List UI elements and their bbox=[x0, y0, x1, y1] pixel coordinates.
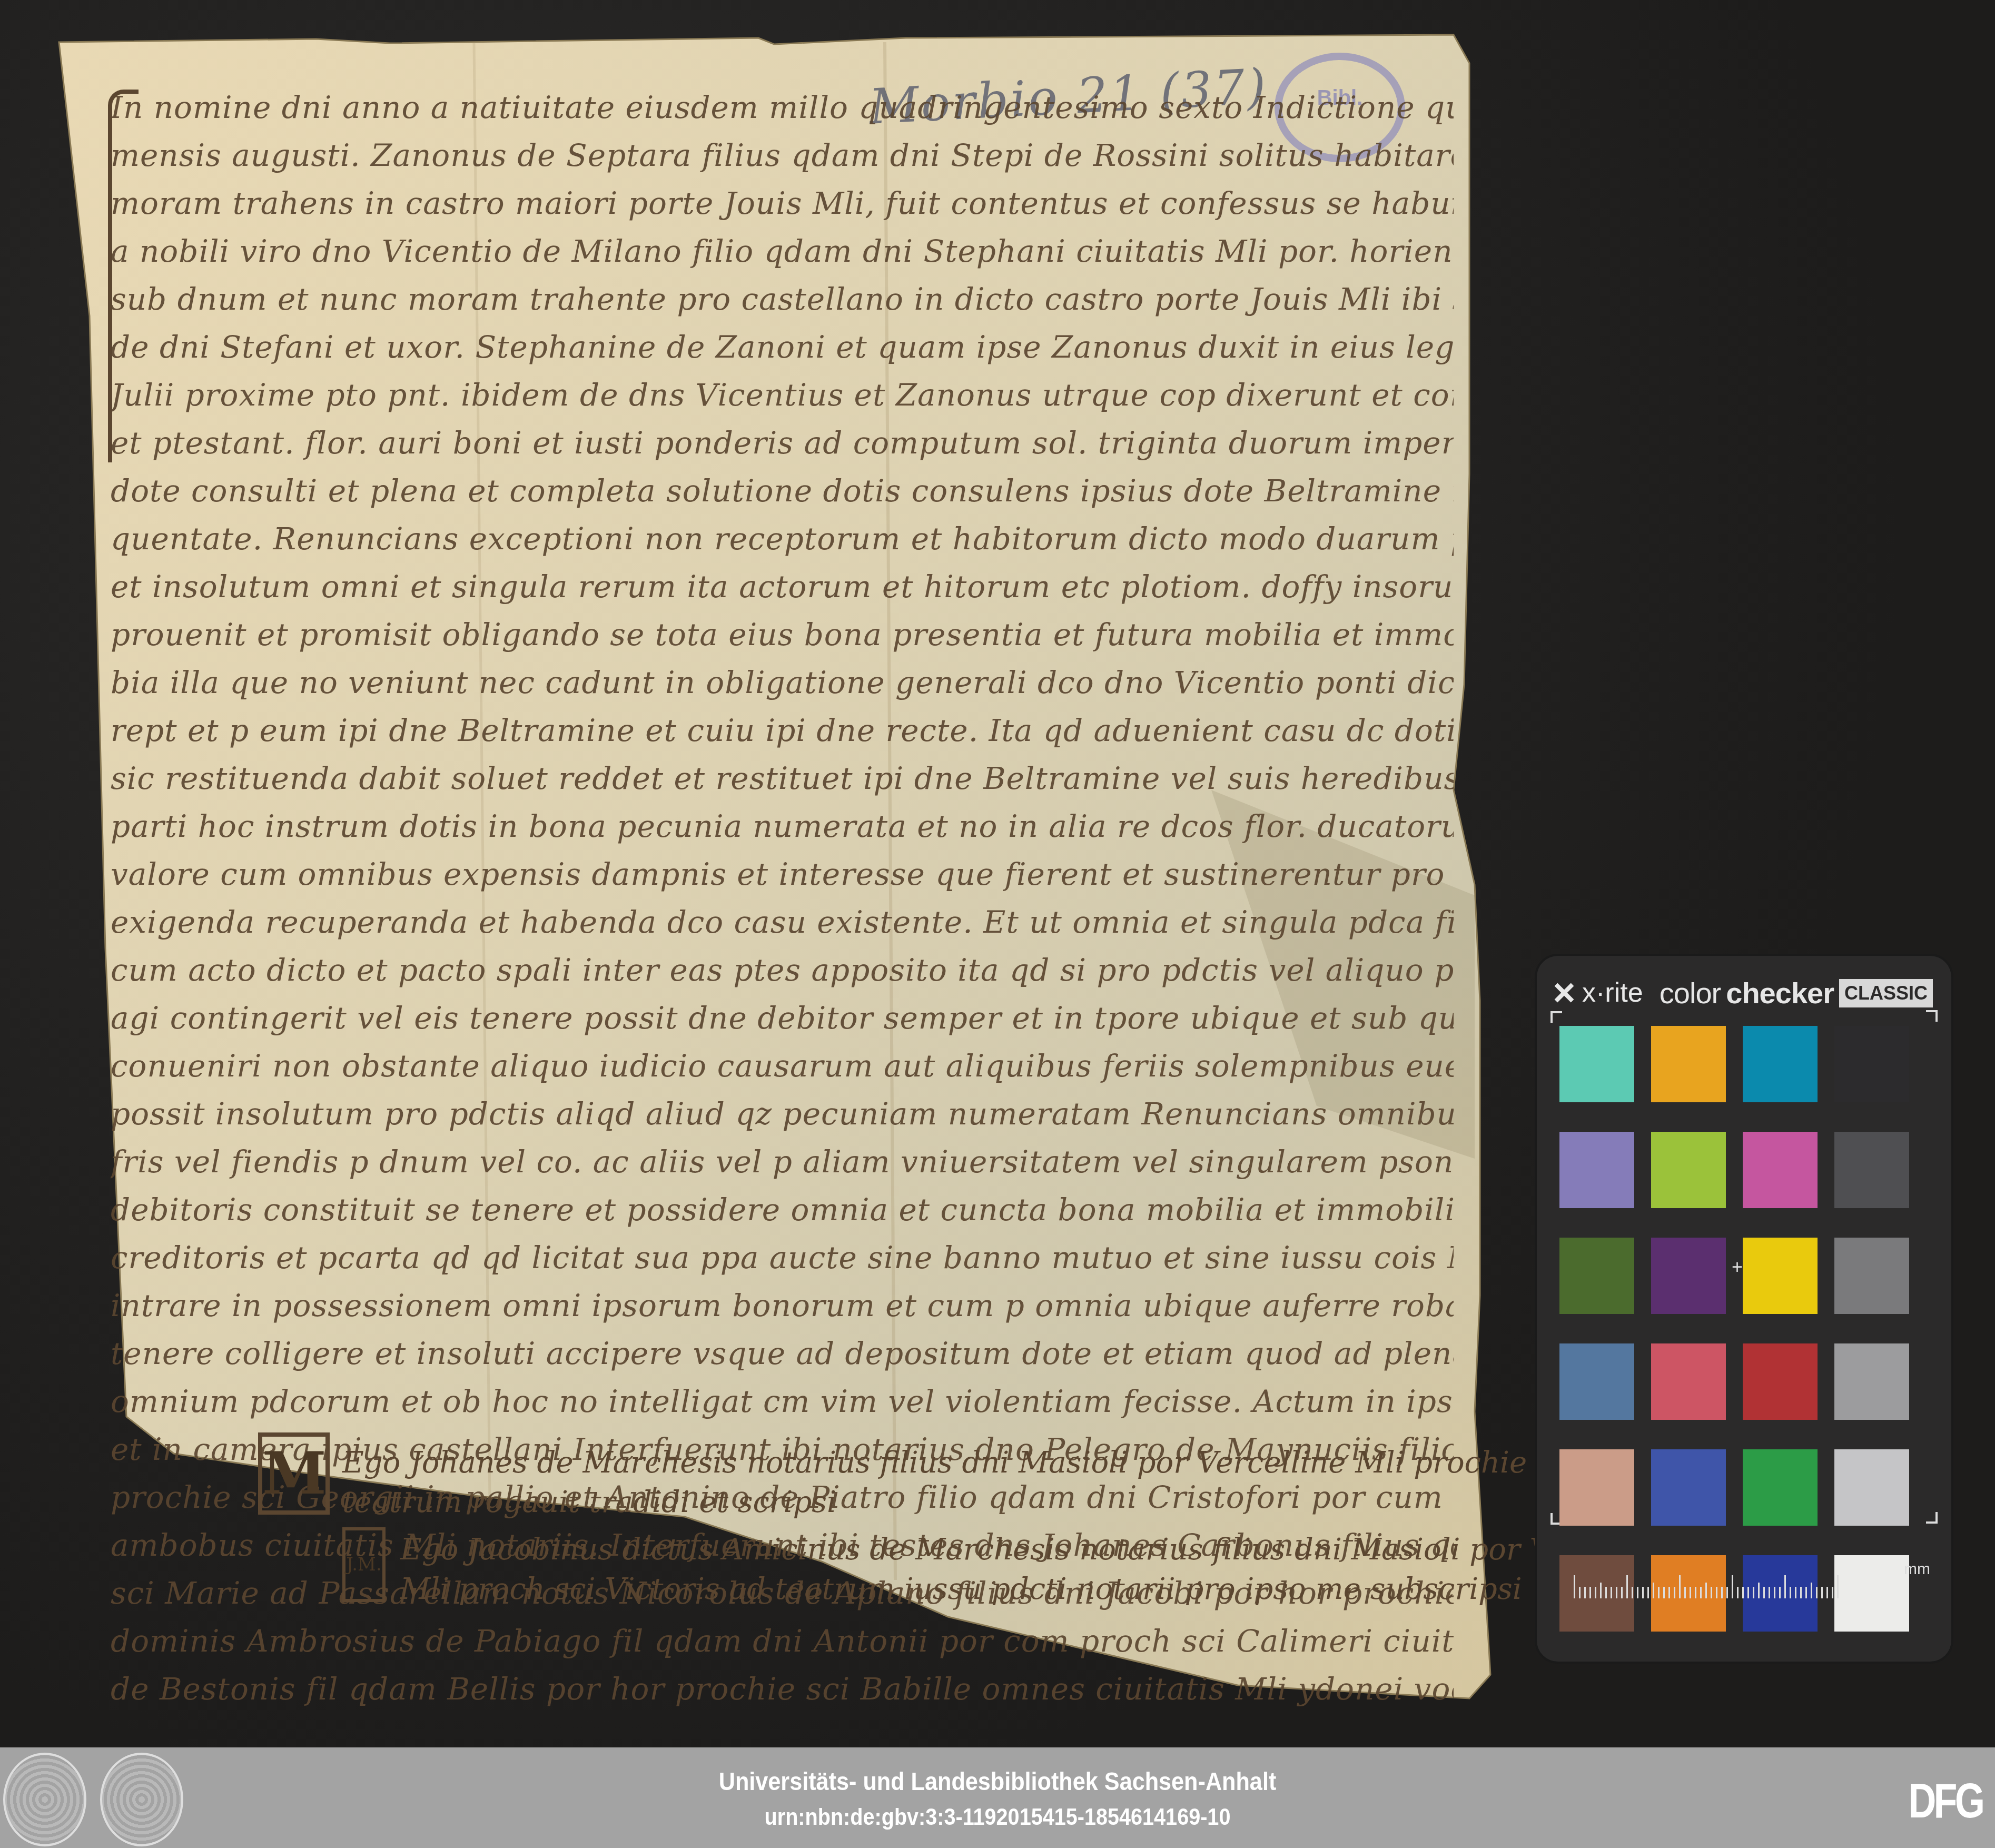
script-line: omnium pdcorum et ob hoc no intelligat c… bbox=[111, 1383, 1454, 1431]
ruler-tick bbox=[1732, 1575, 1733, 1598]
ruler-tick bbox=[1684, 1587, 1686, 1598]
university-seal-icon bbox=[3, 1753, 86, 1846]
script-line: dominis Ambrosius de Pabiago fil qdam dn… bbox=[111, 1623, 1454, 1671]
ruler-tick bbox=[1637, 1587, 1638, 1598]
xrite-logo-icon bbox=[1553, 981, 1576, 1004]
color-patch bbox=[1651, 1026, 1726, 1102]
script-line: sub dnum et nunc moram trahente pro cast… bbox=[111, 281, 1454, 329]
notary-signum-2: J.M. bbox=[342, 1527, 386, 1602]
ruler-tick bbox=[1726, 1587, 1728, 1598]
script-line: intrare in possessionem omni ipsorum bon… bbox=[111, 1288, 1454, 1336]
ruler-tick bbox=[1763, 1587, 1765, 1598]
script-line: agi contingerit vel eis tenere possit dn… bbox=[111, 1000, 1454, 1048]
color-patch bbox=[1743, 1343, 1818, 1420]
crosshair-icon: + bbox=[1732, 1256, 1743, 1278]
script-line: dote consulti et plena et completa solut… bbox=[111, 473, 1454, 521]
color-patch bbox=[1834, 1026, 1909, 1102]
dfg-logo: DFG bbox=[1908, 1774, 1982, 1829]
script-line: parti hoc instrum dotis in bona pecunia … bbox=[111, 808, 1454, 856]
ruler-tick bbox=[1605, 1587, 1607, 1598]
color-patch bbox=[1743, 1026, 1818, 1102]
ruler-tick bbox=[1742, 1587, 1744, 1598]
color-patch bbox=[1834, 1238, 1909, 1314]
ruler-tick bbox=[1753, 1587, 1754, 1598]
script-line: tenere colligere et insoluti accipere vs… bbox=[111, 1336, 1454, 1383]
ruler-tick bbox=[1800, 1587, 1802, 1598]
color-patch bbox=[1834, 1132, 1909, 1208]
ruler-tick bbox=[1668, 1587, 1670, 1598]
script-line: Julii proxime pto pnt. ibidem de dns Vic… bbox=[111, 377, 1454, 425]
footer-bar: Universitäts- und Landesbibliothek Sachs… bbox=[0, 1747, 1995, 1848]
script-line: et ptestant. flor. auri boni et iusti po… bbox=[111, 425, 1454, 473]
ruler-tick bbox=[1805, 1587, 1807, 1598]
ruler-tick bbox=[1700, 1587, 1702, 1598]
ruler-tick bbox=[1611, 1587, 1612, 1598]
product-name-bold: checker bbox=[1726, 976, 1834, 1010]
mm-ruler bbox=[1574, 1567, 1890, 1598]
color-patch bbox=[1651, 1449, 1726, 1526]
script-line: cum acto dicto et pacto spali inter eas … bbox=[111, 952, 1454, 1000]
colorchecker-brand: colorchecker CLASSIC bbox=[1660, 976, 1933, 1010]
ruler-tick bbox=[1658, 1587, 1660, 1598]
ruler-tick bbox=[1758, 1583, 1760, 1598]
product-name-light: color bbox=[1660, 976, 1721, 1010]
subscription-2-line-1: Ego Jacobinus dictus Amicinus de Marches… bbox=[400, 1533, 1596, 1567]
notary-signum-1: M bbox=[258, 1432, 330, 1515]
ruler-tick bbox=[1826, 1587, 1828, 1598]
ruler-tick bbox=[1711, 1587, 1712, 1598]
script-line: rept et p eum ipi dne Beltramine et cuiu… bbox=[111, 713, 1454, 760]
ruler-tick bbox=[1779, 1587, 1781, 1598]
institution-name: Universitäts- und Landesbibliothek Sachs… bbox=[100, 1767, 1895, 1796]
ruler-tick bbox=[1737, 1587, 1739, 1598]
ruler-tick bbox=[1795, 1587, 1796, 1598]
library-seal-icon bbox=[100, 1753, 183, 1846]
color-patch bbox=[1559, 1343, 1634, 1420]
color-patch bbox=[1651, 1343, 1726, 1420]
urn-identifier: urn:nbn:de:gbv:3:3-1192015415-1854614169… bbox=[100, 1804, 1895, 1831]
ruler-tick bbox=[1705, 1583, 1707, 1598]
color-patch bbox=[1651, 1238, 1726, 1314]
ruler-tick bbox=[1832, 1587, 1833, 1598]
ruler-tick bbox=[1674, 1587, 1675, 1598]
ruler-tick bbox=[1616, 1587, 1617, 1598]
script-line: de dni Stefani et uxor. Stephanine de Za… bbox=[111, 329, 1454, 377]
script-line: prouenit et promisit obligando se tota e… bbox=[111, 617, 1454, 665]
ruler-tick bbox=[1574, 1575, 1575, 1598]
script-line: possit insolutum pro pdctis aliqd aliud … bbox=[111, 1096, 1454, 1144]
ruler-tick bbox=[1769, 1587, 1770, 1598]
color-patch bbox=[1559, 1238, 1634, 1314]
ruler-tick bbox=[1642, 1587, 1644, 1598]
script-line: debitoris constituit se tenere et possid… bbox=[111, 1192, 1454, 1240]
script-line: conueniri non obstante aliquo iudicio ca… bbox=[111, 1048, 1454, 1096]
ruler-tick bbox=[1747, 1587, 1749, 1598]
color-patch bbox=[1743, 1132, 1818, 1208]
script-line: creditoris et pcarta qd qd licitat sua p… bbox=[111, 1240, 1454, 1288]
ruler-tick bbox=[1784, 1575, 1786, 1598]
color-patch bbox=[1743, 1238, 1818, 1314]
ruler-tick bbox=[1632, 1587, 1633, 1598]
color-patch bbox=[1559, 1026, 1634, 1102]
script-line: de Bestonis fil qdam Bellis por hor proc… bbox=[111, 1671, 1454, 1719]
script-line: valore cum omnibus expensis dampnis et i… bbox=[111, 856, 1454, 904]
xrite-brand-label: x·rite bbox=[1582, 977, 1643, 1009]
script-line: fris vel fiendis p dnum vel co. ac aliis… bbox=[111, 1144, 1454, 1192]
ruler-tick bbox=[1837, 1575, 1839, 1598]
color-patch bbox=[1651, 1132, 1726, 1208]
ruler-tick bbox=[1790, 1587, 1791, 1598]
ruler-tick bbox=[1584, 1587, 1586, 1598]
ruler-tick bbox=[1821, 1587, 1823, 1598]
color-patch bbox=[1834, 1449, 1909, 1526]
script-line: et insolutum omni et singula rerum ita a… bbox=[111, 569, 1454, 617]
script-line: sic restituenda dabit soluet reddet et r… bbox=[111, 760, 1454, 808]
subscription-2-line-2: Mli proch sci Victoris ad teatrum iussu … bbox=[400, 1572, 1522, 1606]
script-line: mensis augusti. Zanonus de Septara filiu… bbox=[111, 137, 1454, 185]
script-line: moram trahens in castro maiori porte Jou… bbox=[111, 185, 1454, 233]
ruler-tick bbox=[1626, 1575, 1628, 1598]
ruler-tick bbox=[1600, 1583, 1602, 1598]
ruler-tick bbox=[1811, 1583, 1812, 1598]
ruler-tick bbox=[1579, 1587, 1581, 1598]
corner-mark-icon bbox=[1926, 1010, 1938, 1022]
script-line: a nobili viro dno Vicentio de Milano fil… bbox=[111, 233, 1454, 281]
ruler-tick bbox=[1721, 1587, 1723, 1598]
color-patch bbox=[1559, 1132, 1634, 1208]
color-patch bbox=[1743, 1449, 1818, 1526]
color-patch bbox=[1559, 1449, 1634, 1526]
ruler-unit-label: mm bbox=[1904, 1560, 1930, 1578]
ruler-tick bbox=[1695, 1587, 1696, 1598]
xrite-brand: x·rite bbox=[1553, 977, 1643, 1009]
script-line: quentate. Renuncians exceptioni non rece… bbox=[111, 521, 1454, 569]
ruler-tick bbox=[1589, 1587, 1591, 1598]
subscription-1-line-2: teatrum rogauit tradidi et scripsi bbox=[342, 1485, 836, 1519]
script-line: bia illa que no veniunt nec cadunt in ob… bbox=[111, 665, 1454, 713]
script-line: In nomine dni anno a natiuitate eiusdem … bbox=[111, 90, 1454, 137]
ruler-tick bbox=[1690, 1587, 1691, 1598]
color-patch-grid bbox=[1559, 1026, 1941, 1632]
ruler-tick bbox=[1595, 1587, 1596, 1598]
ruler-tick bbox=[1816, 1587, 1818, 1598]
ruler-tick bbox=[1621, 1587, 1623, 1598]
ruler-tick bbox=[1647, 1587, 1649, 1598]
script-line: exigenda recuperanda et habenda dco casu… bbox=[111, 904, 1454, 952]
classic-badge: CLASSIC bbox=[1839, 979, 1933, 1007]
ruler-tick bbox=[1774, 1587, 1775, 1598]
ruler-tick bbox=[1663, 1587, 1665, 1598]
ruler-tick bbox=[1653, 1583, 1654, 1598]
corner-mark-icon bbox=[1550, 1011, 1562, 1023]
ruler-tick bbox=[1716, 1587, 1717, 1598]
color-checker-card: x·rite colorchecker CLASSIC + mm bbox=[1537, 956, 1951, 1662]
ruler-tick bbox=[1679, 1575, 1681, 1598]
color-patch bbox=[1834, 1343, 1909, 1420]
